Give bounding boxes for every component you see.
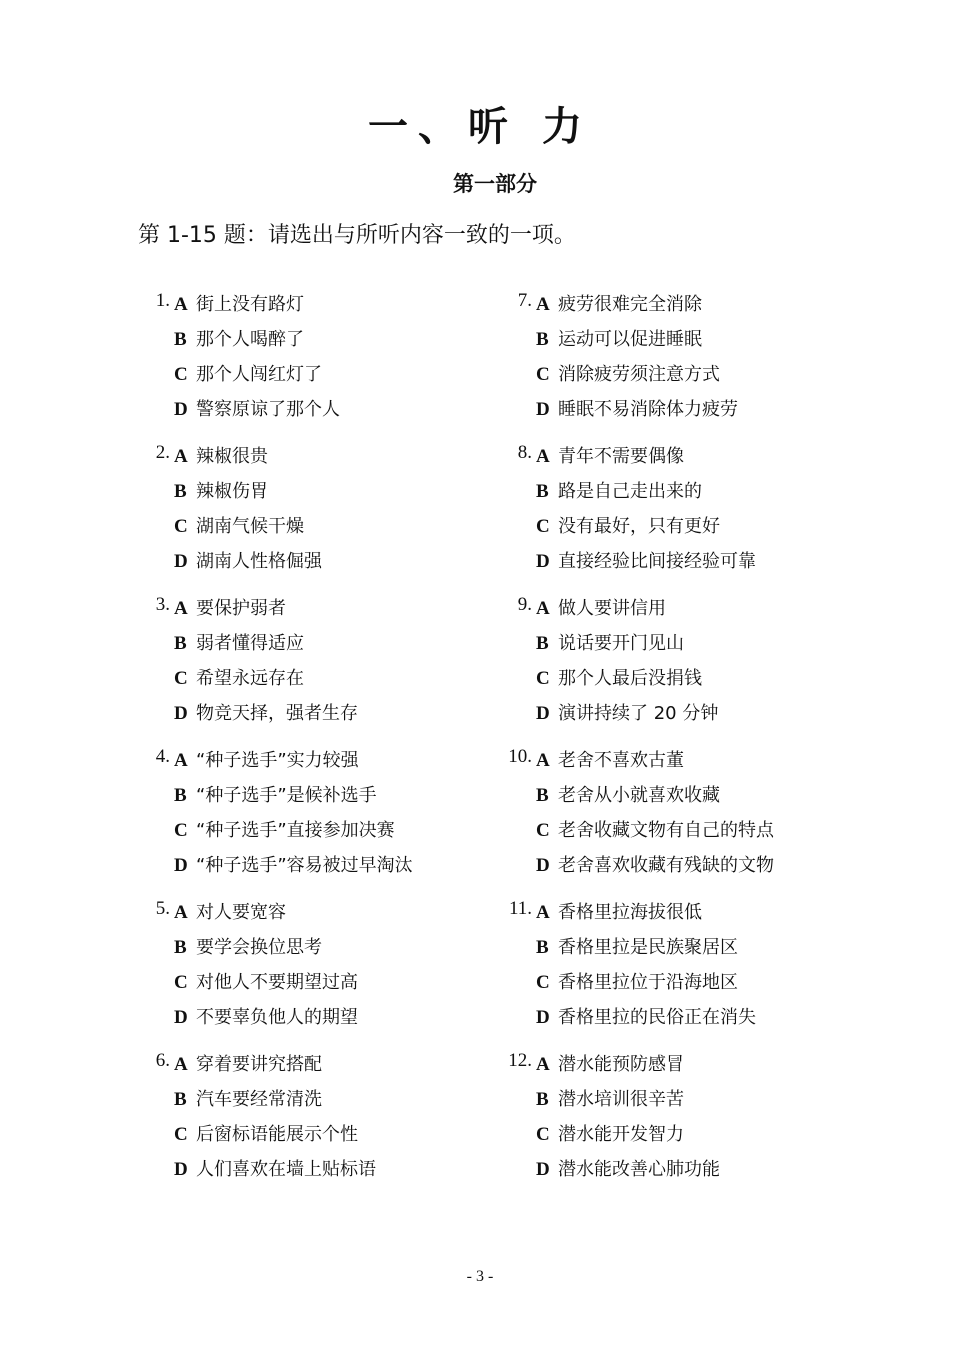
option-letter: D [536, 855, 558, 877]
question-number: 9. [500, 594, 532, 616]
option-letter: C [174, 364, 196, 386]
option-text: 弱者懂得适应 [196, 633, 304, 654]
instruction-text: 第 1-15 题：请选出与所听内容一致的一项。 [138, 218, 576, 249]
option-letter: B [174, 937, 196, 959]
option-text: 潜水能预防感冒 [558, 1054, 684, 1075]
option-letter: A [536, 902, 558, 924]
option-text: 那个人闯红灯了 [196, 364, 322, 385]
option-text: 没有最好，只有更好 [558, 516, 720, 537]
option-letter: C [174, 820, 196, 842]
option-text: 睡眠不易消除体力疲劳 [558, 399, 738, 420]
section-title: 一、听 力 [0, 95, 960, 152]
option-letter: A [174, 446, 196, 468]
option-letter: A [536, 446, 558, 468]
option-text: “种子选手”容易被过早淘汰 [196, 855, 413, 876]
option-letter: D [174, 1007, 196, 1029]
answer-option: B说话要开门见山 [536, 629, 684, 664]
answer-option: C香格里拉位于沿海地区 [536, 968, 738, 1003]
option-text: 消除疲劳须注意方式 [558, 364, 720, 385]
option-letter: B [536, 937, 558, 959]
answer-option: B弱者懂得适应 [174, 629, 304, 664]
option-letter: D [536, 703, 558, 725]
option-letter: A [174, 750, 196, 772]
option-letter: A [536, 598, 558, 620]
option-text: 要学会换位思考 [196, 937, 322, 958]
option-letter: B [174, 329, 196, 351]
page-number: - 3 - [0, 1268, 960, 1286]
option-letter: C [174, 516, 196, 538]
answer-option: D“种子选手”容易被过早淘汰 [174, 851, 413, 886]
option-text: 直接经验比间接经验可靠 [558, 551, 756, 572]
option-letter: D [536, 1159, 558, 1181]
option-letter: C [174, 1124, 196, 1146]
question-number: 3. [138, 594, 170, 616]
answer-option: C后窗标语能展示个性 [174, 1120, 358, 1155]
option-text: 运动可以促进睡眠 [558, 329, 702, 350]
option-text: 辣椒很贵 [196, 446, 268, 467]
option-letter: C [536, 364, 558, 386]
option-letter: A [174, 598, 196, 620]
option-letter: A [174, 294, 196, 316]
option-text: 辣椒伤胃 [196, 481, 268, 502]
option-text: 物竞天择，强者生存 [196, 703, 358, 724]
answer-option: A老舍不喜欢古董 [536, 746, 684, 781]
answer-option: A辣椒很贵 [174, 442, 268, 477]
option-letter: D [174, 703, 196, 725]
option-text: 做人要讲信用 [558, 598, 666, 619]
answer-option: C那个人最后没捐钱 [536, 664, 702, 699]
option-text: 后窗标语能展示个性 [196, 1124, 358, 1145]
option-letter: D [536, 551, 558, 573]
option-letter: B [536, 1089, 558, 1111]
option-text: 要保护弱者 [196, 598, 286, 619]
answer-option: D物竞天择，强者生存 [174, 699, 358, 734]
answer-option: A对人要宽容 [174, 898, 286, 933]
option-letter: C [174, 668, 196, 690]
answer-option: C那个人闯红灯了 [174, 360, 322, 395]
question-number: 1. [138, 290, 170, 312]
answer-option: D香格里拉的民俗正在消失 [536, 1003, 756, 1038]
option-letter: B [174, 785, 196, 807]
option-letter: B [536, 329, 558, 351]
answer-option: D警察原谅了那个人 [174, 395, 340, 430]
answer-option: B路是自己走出来的 [536, 477, 702, 512]
option-letter: C [536, 972, 558, 994]
option-text: 潜水培训很辛苦 [558, 1089, 684, 1110]
option-letter: D [174, 399, 196, 421]
answer-option: A做人要讲信用 [536, 594, 666, 629]
answer-option: A穿着要讲究搭配 [174, 1050, 322, 1085]
answer-option: D睡眠不易消除体力疲劳 [536, 395, 738, 430]
option-text: 说话要开门见山 [558, 633, 684, 654]
option-text: 对人要宽容 [196, 902, 286, 923]
answer-option: D人们喜欢在墙上贴标语 [174, 1155, 376, 1190]
question-number: 6. [138, 1050, 170, 1072]
answer-option: B要学会换位思考 [174, 933, 322, 968]
option-letter: A [536, 294, 558, 316]
answer-option: A街上没有路灯 [174, 290, 304, 325]
answer-option: C潜水能开发智力 [536, 1120, 684, 1155]
option-text: 对他人不要期望过高 [196, 972, 358, 993]
option-text: 街上没有路灯 [196, 294, 304, 315]
question-number: 12. [500, 1050, 532, 1072]
answer-option: A疲劳很难完全消除 [536, 290, 702, 325]
answer-option: A“种子选手”实力较强 [174, 746, 359, 781]
option-letter: B [174, 1089, 196, 1111]
answer-option: C湖南气候干燥 [174, 512, 304, 547]
option-text: 香格里拉的民俗正在消失 [558, 1007, 756, 1028]
answer-option: C老舍收藏文物有自己的特点 [536, 816, 774, 851]
option-letter: B [536, 633, 558, 655]
answer-option: B“种子选手”是候补选手 [174, 781, 377, 816]
answer-option: D老舍喜欢收藏有残缺的文物 [536, 851, 774, 886]
option-letter: C [536, 1124, 558, 1146]
option-letter: A [536, 750, 558, 772]
option-letter: B [536, 481, 558, 503]
question-number: 11. [500, 898, 532, 920]
answer-option: D不要辜负他人的期望 [174, 1003, 358, 1038]
answer-option: C消除疲劳须注意方式 [536, 360, 720, 395]
question-number: 5. [138, 898, 170, 920]
option-text: 老舍从小就喜欢收藏 [558, 785, 720, 806]
option-letter: C [536, 516, 558, 538]
option-text: 那个人喝醉了 [196, 329, 304, 350]
answer-option: B那个人喝醉了 [174, 325, 304, 360]
answer-option: B运动可以促进睡眠 [536, 325, 702, 360]
option-letter: D [536, 399, 558, 421]
option-text: 潜水能开发智力 [558, 1124, 684, 1145]
option-text: 路是自己走出来的 [558, 481, 702, 502]
answer-option: B潜水培训很辛苦 [536, 1085, 684, 1120]
option-letter: B [174, 633, 196, 655]
option-text: 汽车要经常清洗 [196, 1089, 322, 1110]
option-letter: D [174, 855, 196, 877]
answer-option: D湖南人性格倔强 [174, 547, 322, 582]
answer-option: A香格里拉海拔很低 [536, 898, 702, 933]
question-number: 8. [500, 442, 532, 464]
answer-option: C对他人不要期望过高 [174, 968, 358, 1003]
answer-option: A要保护弱者 [174, 594, 286, 629]
option-text: 潜水能改善心肺功能 [558, 1159, 720, 1180]
answer-option: A青年不需要偶像 [536, 442, 684, 477]
answer-option: B汽车要经常清洗 [174, 1085, 322, 1120]
option-text: 那个人最后没捐钱 [558, 668, 702, 689]
option-letter: C [536, 668, 558, 690]
answer-option: B辣椒伤胃 [174, 477, 268, 512]
answer-option: B香格里拉是民族聚居区 [536, 933, 738, 968]
option-text: “种子选手”是候补选手 [196, 785, 377, 806]
option-text: 警察原谅了那个人 [196, 399, 340, 420]
option-letter: D [174, 1159, 196, 1181]
option-letter: A [174, 902, 196, 924]
option-text: 湖南人性格倔强 [196, 551, 322, 572]
option-text: “种子选手”实力较强 [196, 750, 359, 771]
option-text: 老舍收藏文物有自己的特点 [558, 820, 774, 841]
answer-option: C没有最好，只有更好 [536, 512, 720, 547]
option-letter: B [536, 785, 558, 807]
question-number: 4. [138, 746, 170, 768]
question-number: 10. [500, 746, 532, 768]
answer-option: D演讲持续了 20 分钟 [536, 699, 718, 734]
option-text: 人们喜欢在墙上贴标语 [196, 1159, 376, 1180]
option-text: 香格里拉位于沿海地区 [558, 972, 738, 993]
answer-option: C“种子选手”直接参加决赛 [174, 816, 395, 851]
option-text: 青年不需要偶像 [558, 446, 684, 467]
answer-option: A潜水能预防感冒 [536, 1050, 684, 1085]
option-letter: C [536, 820, 558, 842]
option-text: 老舍喜欢收藏有残缺的文物 [558, 855, 774, 876]
option-letter: D [536, 1007, 558, 1029]
part-heading: 第一部分 [0, 168, 960, 198]
option-text: 希望永远存在 [196, 668, 304, 689]
option-letter: C [174, 972, 196, 994]
option-text: 香格里拉是民族聚居区 [558, 937, 738, 958]
answer-option: C希望永远存在 [174, 664, 304, 699]
option-text: 香格里拉海拔很低 [558, 902, 702, 923]
option-text: “种子选手”直接参加决赛 [196, 820, 395, 841]
option-text: 演讲持续了 20 分钟 [558, 703, 718, 724]
option-text: 疲劳很难完全消除 [558, 294, 702, 315]
answer-option: D直接经验比间接经验可靠 [536, 547, 756, 582]
option-letter: A [536, 1054, 558, 1076]
option-letter: B [174, 481, 196, 503]
answer-option: B老舍从小就喜欢收藏 [536, 781, 720, 816]
option-letter: D [174, 551, 196, 573]
option-text: 湖南气候干燥 [196, 516, 304, 537]
option-text: 不要辜负他人的期望 [196, 1007, 358, 1028]
answer-option: D潜水能改善心肺功能 [536, 1155, 720, 1190]
option-letter: A [174, 1054, 196, 1076]
option-text: 穿着要讲究搭配 [196, 1054, 322, 1075]
option-text: 老舍不喜欢古董 [558, 750, 684, 771]
question-number: 2. [138, 442, 170, 464]
question-number: 7. [500, 290, 532, 312]
